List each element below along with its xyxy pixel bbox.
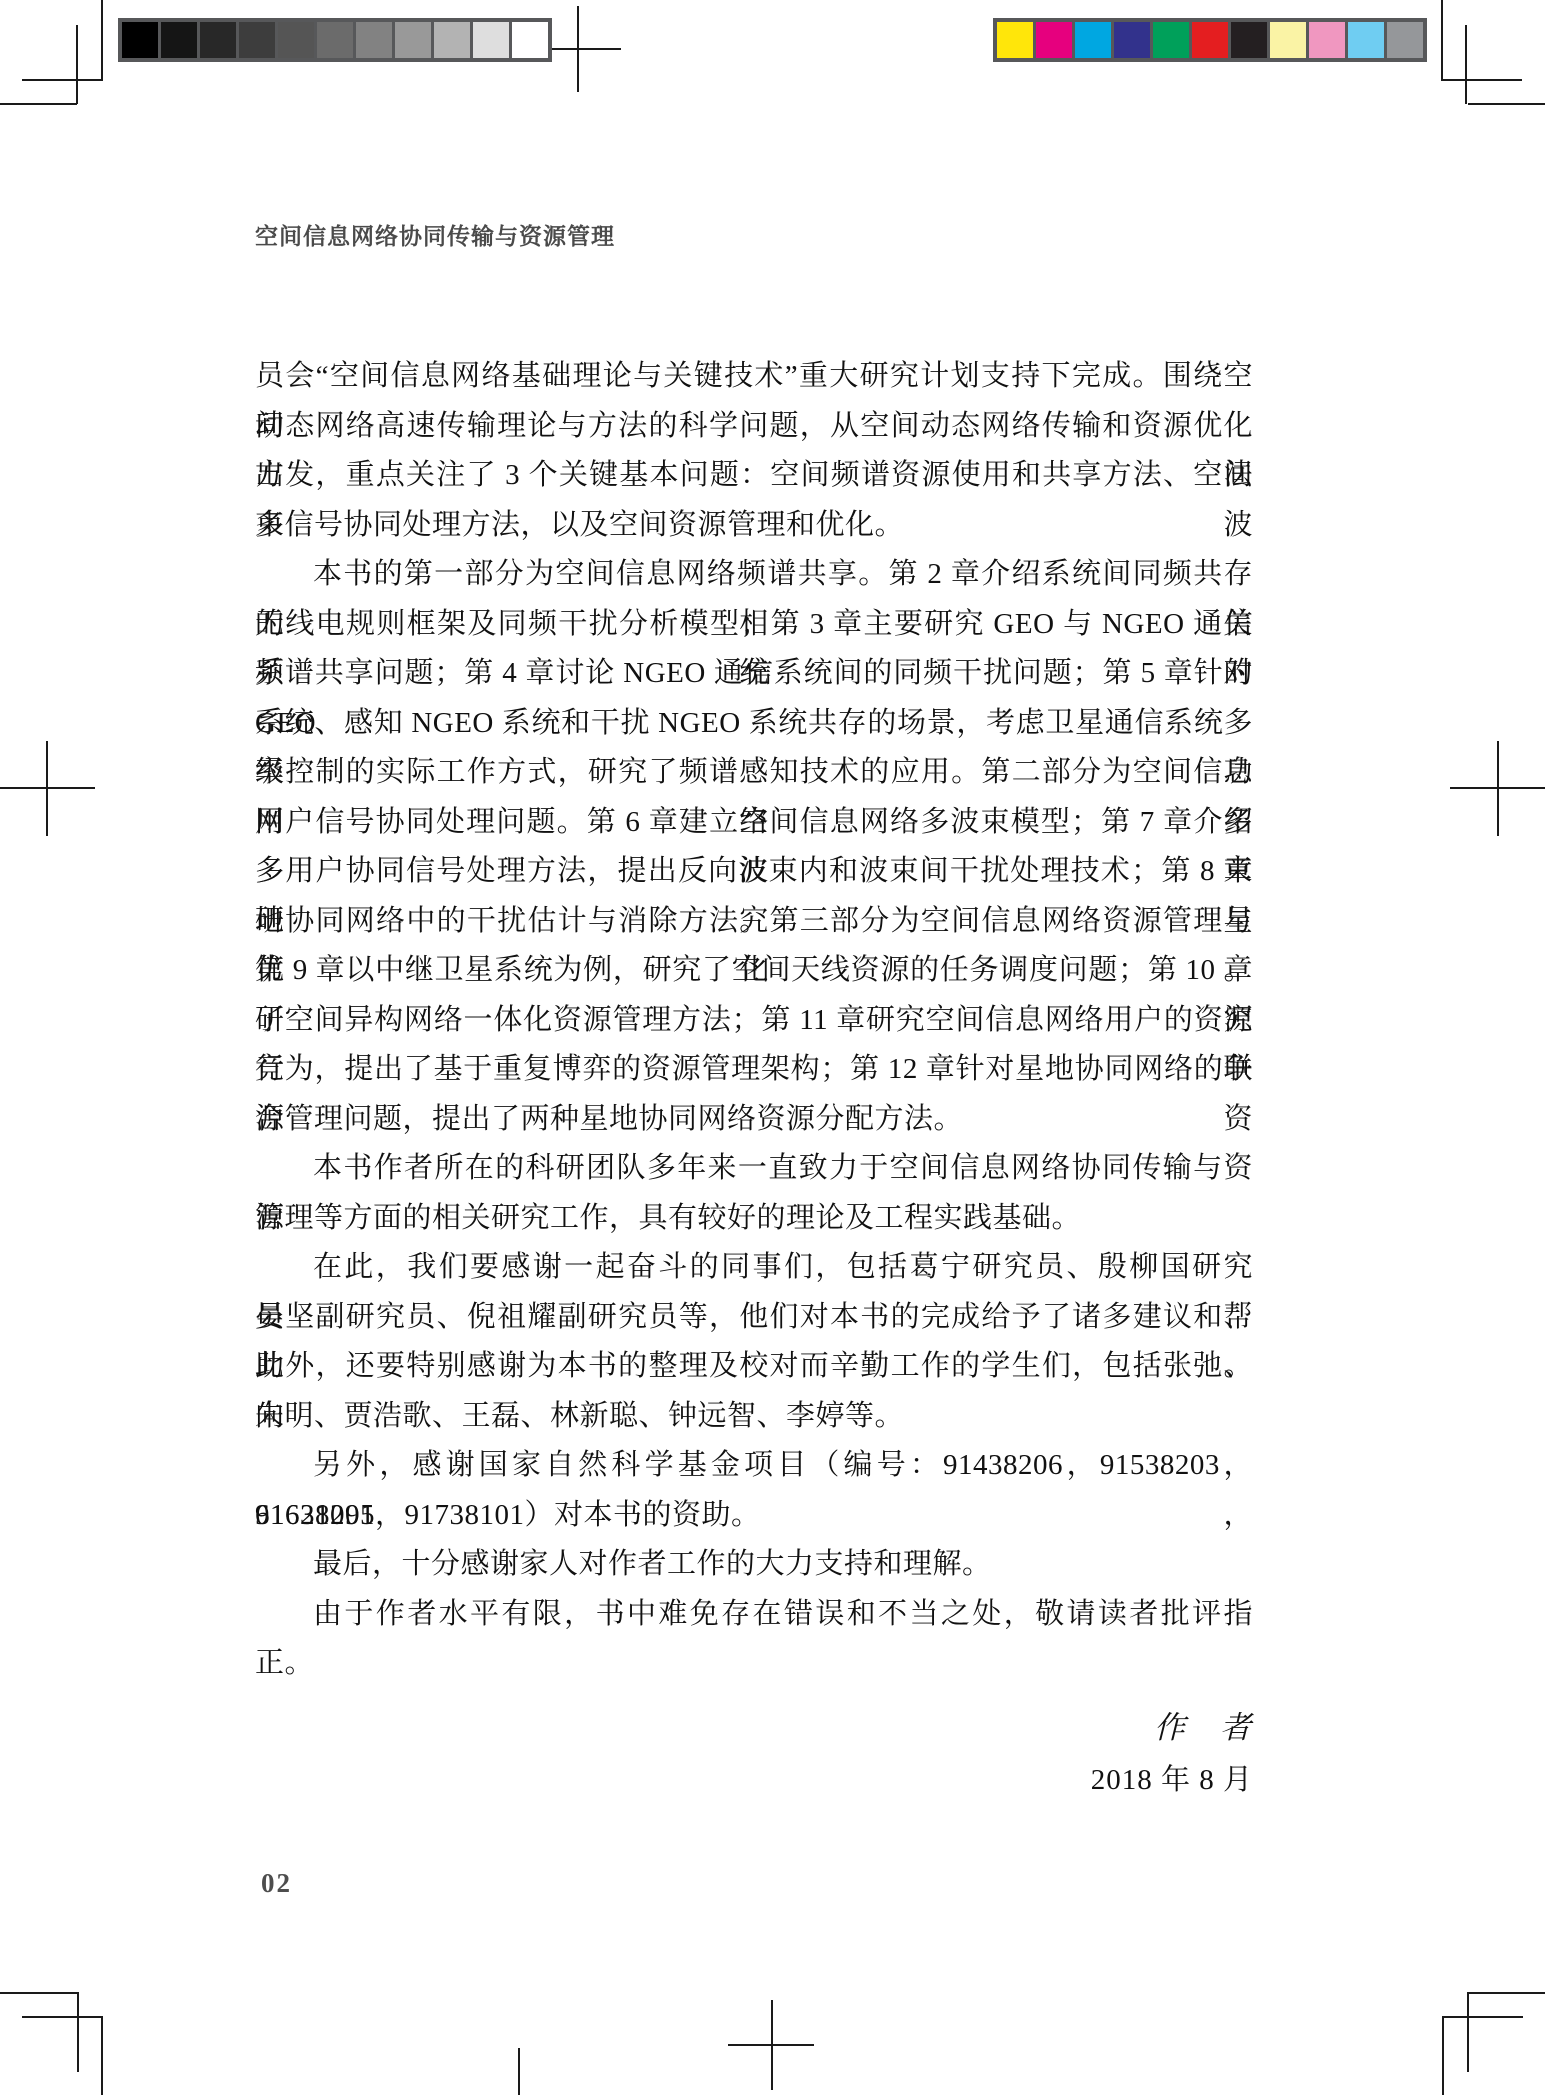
crop-mark-line bbox=[1441, 79, 1522, 81]
preface-body: 员会“空间信息网络基础理论与关键技术”重大研究计划支持下完成。围绕空间动态网络高… bbox=[255, 352, 1253, 1639]
calibration-swatch bbox=[434, 22, 470, 58]
calibration-swatch bbox=[1075, 22, 1111, 58]
color-calibration-bar bbox=[993, 18, 1427, 62]
calibration-swatch bbox=[1192, 22, 1228, 58]
calibration-swatch bbox=[997, 22, 1033, 58]
body-line: 系统、感知 NGEO 系统和干扰 NGEO 系统共存的场景，考虑卫星通信系统多级… bbox=[255, 699, 1253, 749]
calibration-swatch bbox=[200, 22, 236, 58]
crop-mark-line bbox=[1465, 25, 1467, 104]
calibration-swatch bbox=[1309, 22, 1345, 58]
crop-mark-line bbox=[1468, 103, 1545, 105]
body-line: 此外，还要特别感谢为本书的整理及校对而辛勤工作的学生们，包括张弛、朱 bbox=[255, 1342, 1253, 1392]
body-line: 频谱共享问题；第 4 章讨论 NGEO 通信系统间的同频干扰问题；第 5 章针对… bbox=[255, 649, 1253, 699]
body-line: 用户信号协同处理问题。第 6 章建立空间信息网络多波束模型；第 7 章介绍多波束 bbox=[255, 798, 1253, 848]
crop-mark-line bbox=[1441, 0, 1443, 80]
body-line: 管理等方面的相关研究工作，具有较好的理论及工程实践基础。 bbox=[255, 1194, 1253, 1244]
registration-mark-line bbox=[728, 2044, 814, 2046]
crop-mark-line bbox=[22, 2016, 103, 2018]
book-page: 空间信息网络协同传输与资源管理 员会“空间信息网络基础理论与关键技术”重大研究计… bbox=[0, 0, 1545, 2095]
body-line: 晏坚副研究员、倪祖耀副研究员等，他们对本书的完成给予了诸多建议和帮助。 bbox=[255, 1293, 1253, 1343]
calibration-swatch bbox=[1114, 22, 1150, 58]
body-line: 了空间异构网络一体化资源管理方法；第 11 章研究空间信息网络用户的资源竞争 bbox=[255, 996, 1253, 1046]
registration-mark-line bbox=[46, 741, 48, 836]
running-head: 空间信息网络协同传输与资源管理 bbox=[255, 218, 615, 251]
body-line: 第 9 章以中继卫星系统为例，研究了空间天线资源的任务调度问题；第 10 章研究 bbox=[255, 946, 1253, 996]
crop-mark-line bbox=[1442, 2016, 1523, 2018]
body-line: 最后，十分感谢家人对作者工作的大力支持和理解。 bbox=[255, 1540, 1253, 1590]
body-line: 另外，感谢国家自然科学基金项目（编号：91438206，91538203，916… bbox=[255, 1441, 1253, 1491]
crop-mark-line bbox=[1467, 1992, 1469, 2072]
grayscale-calibration-bar bbox=[118, 18, 552, 62]
body-line: 出发，重点关注了 3 个关键基本问题：空间频谱资源使用和共享方法、空间多波 bbox=[255, 451, 1253, 501]
page-number: 02 bbox=[261, 1868, 292, 1899]
body-line: 多用户协同信号处理方法，提出反向波束内和波束间干扰处理技术；第 8 章研究星 bbox=[255, 847, 1253, 897]
calibration-swatch bbox=[1387, 22, 1423, 58]
crop-mark-line bbox=[76, 25, 78, 104]
body-line: 由于作者水平有限，书中难免存在错误和不当之处，敬请读者批评指正。 bbox=[255, 1590, 1253, 1640]
calibration-swatch bbox=[1348, 22, 1384, 58]
crop-mark-line bbox=[22, 79, 103, 81]
calibration-swatch bbox=[512, 22, 548, 58]
body-line: 本书的第一部分为空间信息网络频谱共享。第 2 章介绍系统间同频共存的相关 bbox=[255, 550, 1253, 600]
crop-mark-line bbox=[101, 2016, 103, 2095]
body-line: 向明、贾浩歌、王磊、林新聪、钟远智、李婷等。 bbox=[255, 1392, 1253, 1442]
body-line: 率控制的实际工作方式，研究了频谱感知技术的应用。第二部分为空间信息网络多 bbox=[255, 748, 1253, 798]
body-line: 员会“空间信息网络基础理论与关键技术”重大研究计划支持下完成。围绕空间 bbox=[255, 352, 1253, 402]
registration-mark-line bbox=[518, 2048, 520, 2095]
crop-mark-line bbox=[77, 1992, 79, 2072]
calibration-swatch bbox=[356, 22, 392, 58]
calibration-swatch bbox=[1153, 22, 1189, 58]
body-line: 本书作者所在的科研团队多年来一直致力于空间信息网络协同传输与资源 bbox=[255, 1144, 1253, 1194]
body-line: 行为，提出了基于重复博弈的资源管理架构；第 12 章针对星地协同网络的联合资 bbox=[255, 1045, 1253, 1095]
calibration-swatch bbox=[1270, 22, 1306, 58]
crop-mark-line bbox=[0, 1992, 78, 1994]
calibration-swatch bbox=[239, 22, 275, 58]
calibration-swatch bbox=[122, 22, 158, 58]
calibration-swatch bbox=[317, 22, 353, 58]
crop-mark-line bbox=[1467, 1992, 1545, 1994]
crop-mark-line bbox=[0, 103, 77, 105]
crop-mark-line bbox=[1442, 2016, 1444, 2095]
calibration-swatch bbox=[278, 22, 314, 58]
body-line: 地协同网络中的干扰估计与消除方法。第三部分为空间信息网络资源管理与优化。 bbox=[255, 897, 1253, 947]
body-line: 无线电规则框架及同频干扰分析模型；第 3 章主要研究 GEO 与 NGEO 通信… bbox=[255, 600, 1253, 650]
calibration-swatch bbox=[473, 22, 509, 58]
calibration-swatch bbox=[1036, 22, 1072, 58]
author-signature: 作 者 bbox=[1154, 1702, 1253, 1747]
calibration-swatch bbox=[161, 22, 197, 58]
crop-mark-line bbox=[101, 0, 103, 80]
body-line: 动态网络高速传输理论与方法的科学问题，从空间动态网络传输和资源优化方法 bbox=[255, 402, 1253, 452]
signature-date: 2018 年 8 月 bbox=[1091, 1757, 1253, 1798]
calibration-swatch bbox=[1231, 22, 1267, 58]
body-line: 在此，我们要感谢一起奋斗的同事们，包括葛宁研究员、殷柳国研究员、 bbox=[255, 1243, 1253, 1293]
registration-mark-line bbox=[1497, 741, 1499, 836]
calibration-swatch bbox=[395, 22, 431, 58]
